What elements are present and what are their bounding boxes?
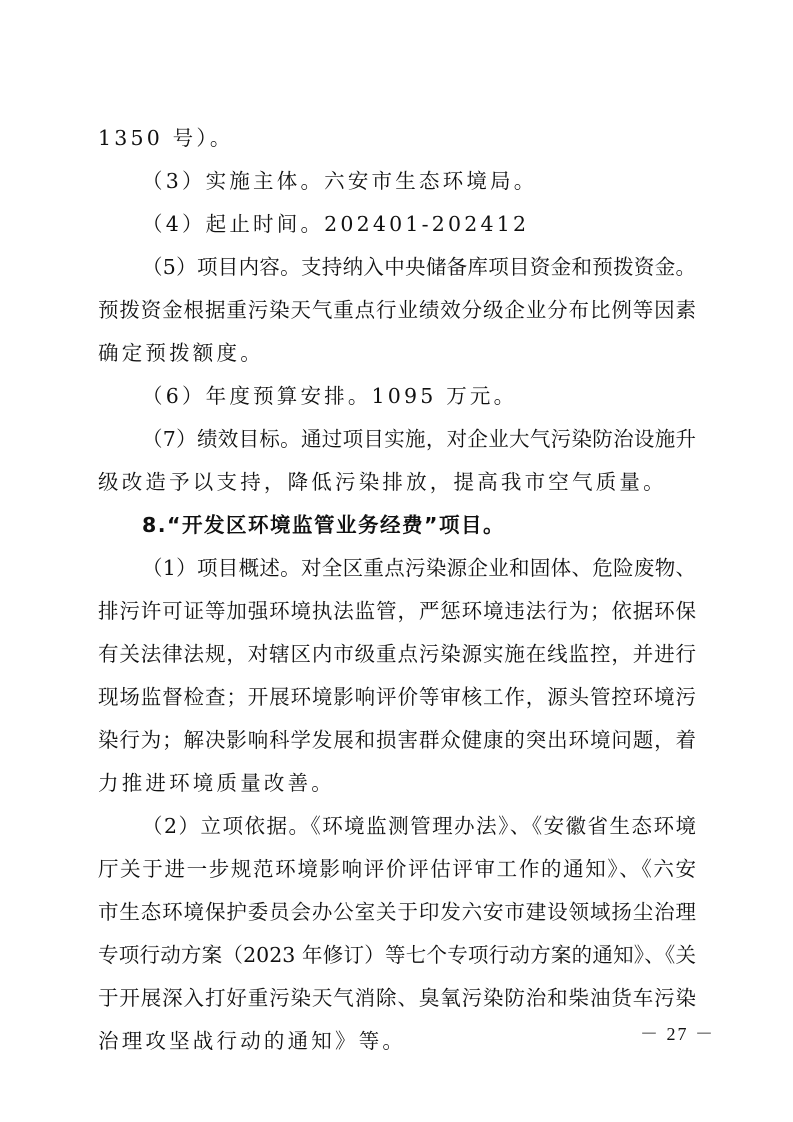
section-heading: 8.“开发区环境监管业务经费”项目。: [142, 515, 505, 536]
text-line: （3）实施主体。六安市生态环境局。: [142, 171, 537, 192]
text-line: 确定预拨额度。: [98, 343, 264, 364]
text-line: 厅关于进一步规范环境影响评价评估评审工作的通知》、《六安: [98, 859, 696, 880]
text-line: 排污许可证等加强环境执法监管，严惩环境违法行为；依据环保: [98, 601, 696, 622]
text-line: 治理攻坚战行动的通知》等。: [98, 1031, 406, 1052]
text-line: 市生态环境保护委员会办公室关于印发六安市建设领域扬尘治理: [98, 902, 696, 923]
text-line: 于开展深入打好重污染天气消除、臭氧污染防治和柴油货车污染: [98, 988, 696, 1009]
text-line: 专项行动方案（2023 年修订）等七个专项行动方案的通知》、《关: [98, 945, 696, 966]
text-line: （6）年度预算安排。1095 万元。: [142, 386, 517, 407]
text-line: 1350 号）。: [98, 128, 234, 149]
text-line: （7）绩效目标。通过项目实施，对企业大气污染防治设施升: [142, 429, 696, 450]
text-line: 级改造予以支持，降低污染排放，提高我市空气质量。: [98, 472, 667, 493]
text-line: （4）起止时间。202401-202412: [142, 214, 529, 235]
text-line: 预拨资金根据重污染天气重点行业绩效分级企业分布比例等因素: [98, 300, 696, 321]
text-line: （5）项目内容。支持纳入中央储备库项目资金和预拨资金。: [142, 257, 696, 278]
text-line: 有关法律法规，对辖区内市级重点污染源实施在线监控，并进行: [98, 644, 696, 665]
text-line: 现场监督检查；开展环境影响评价等审核工作，源头管控环境污: [98, 687, 696, 708]
text-line: 力推进环境质量改善。: [98, 773, 335, 794]
page-number: － 27 －: [640, 1020, 715, 1046]
text-line: 染行为；解决影响科学发展和损害群众健康的突出环境问题，着: [98, 730, 696, 751]
text-line: （2）立项依据。《环境监测管理办法》、《安徽省生态环境: [142, 816, 696, 837]
text-line: （1）项目概述。对全区重点污染源企业和固体、危险废物、: [142, 558, 696, 579]
